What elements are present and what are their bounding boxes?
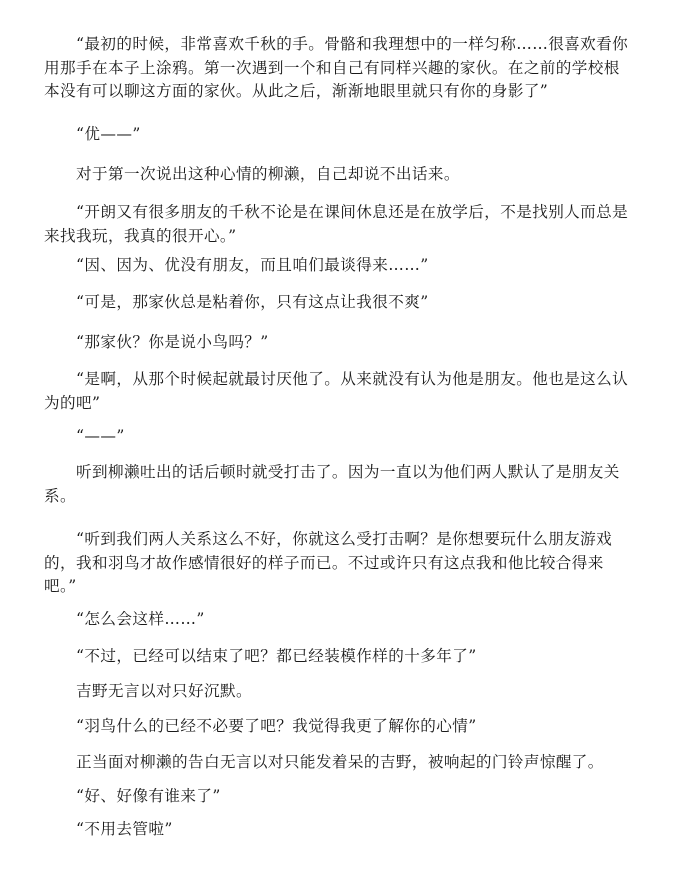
paragraph-dialogue: “不过，已经可以结束了吧？都已经装模作样的十多年了” [44, 645, 634, 669]
paragraph-dialogue: “怎么会这样……” [44, 608, 634, 632]
paragraph-narration: 吉野无言以对只好沉默。 [44, 680, 634, 704]
paragraph-confession: “最初的时候，非常喜欢千秋的手。骨骼和我理想中的一样匀称……很喜欢看你用那手在本… [44, 33, 634, 104]
paragraph-dialogue: “好、好像有谁来了” [44, 785, 634, 809]
paragraph-dialogue: “可是，那家伙总是粘着你，只有这点让我很不爽” [44, 291, 634, 315]
paragraph-dialogue: “开朗又有很多朋友的千秋不论是在课间休息还是在放学后，不是找别人而总是来找我玩，… [44, 201, 634, 248]
paragraph-narration: 听到柳濑吐出的话后顿时就受打击了。因为一直以为他们两人默认了是朋友关系。 [44, 461, 634, 508]
paragraph-dialogue: “优——” [44, 123, 634, 147]
paragraph-narration: 正当面对柳濑的告白无言以对只能发着呆的吉野，被响起的门铃声惊醒了。 [44, 751, 634, 775]
paragraph-dialogue: “——” [44, 425, 634, 449]
paragraph-dialogue: “羽鸟什么的已经不必要了吧？我觉得我更了解你的心情” [44, 715, 634, 739]
paragraph-dialogue: “听到我们两人关系这么不好，你就这么受打击啊？是你想要玩什么朋友游戏的，我和羽鸟… [44, 528, 634, 599]
paragraph-dialogue: “是啊，从那个时候起就最讨厌他了。从来就没有认为他是朋友。他也是这么认为的吧” [44, 368, 634, 415]
paragraph-dialogue: “那家伙？你是说小鸟吗？” [44, 331, 634, 355]
paragraph-narration: 对于第一次说出这种心情的柳濑，自己却说不出话来。 [44, 163, 634, 187]
paragraph-dialogue: “因、因为、优没有朋友，而且咱们最谈得来……” [44, 254, 634, 278]
paragraph-dialogue: “不用去管啦” [44, 818, 634, 842]
